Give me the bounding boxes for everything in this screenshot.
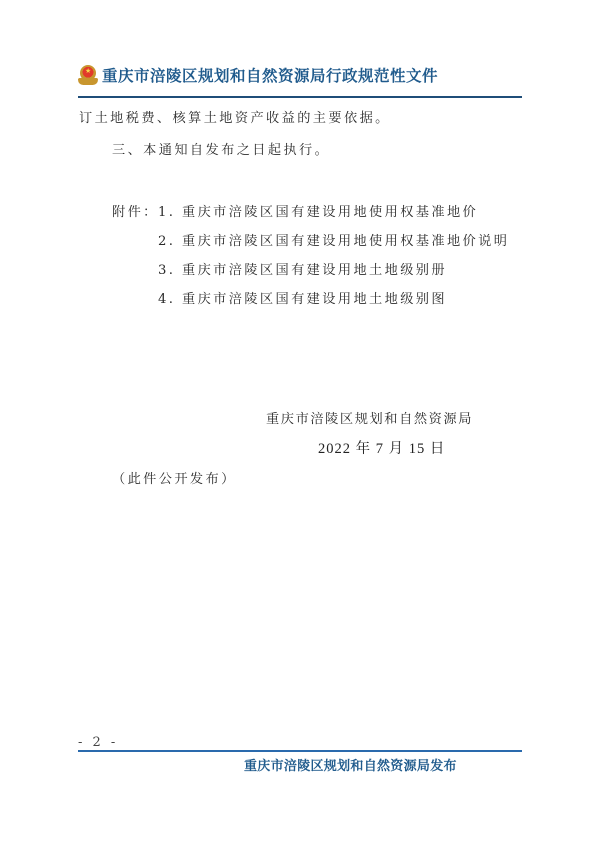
attachment-item: 4. 重庆市涪陵区国有建设用地土地级别图 — [158, 288, 447, 307]
attachments-label: 附件： — [112, 201, 159, 220]
attachment-number: 1. — [158, 205, 175, 220]
page-number: - 2 - — [78, 735, 118, 750]
national-emblem-icon: ★ — [78, 64, 98, 86]
issue-date: 2022 年 7 月 15 日 — [318, 437, 445, 458]
header-title: 重庆市涪陵区规划和自然资源局行政规范性文件 — [102, 64, 438, 86]
continuation-paragraph: 订土地税费、核算土地资产收益的主要依据。 — [79, 107, 391, 126]
attachment-title: 重庆市涪陵区国有建设用地使用权基准地价 — [182, 205, 478, 220]
document-header: ★ 重庆市涪陵区规划和自然资源局行政规范性文件 — [78, 64, 438, 86]
attachment-number: 4. — [158, 292, 175, 307]
attachment-item: 2. 重庆市涪陵区国有建设用地使用权基准地价说明 — [158, 230, 509, 249]
header-rule — [78, 96, 522, 98]
attachment-title: 重庆市涪陵区国有建设用地土地级别册 — [182, 263, 447, 278]
attachment-item: 3. 重庆市涪陵区国有建设用地土地级别册 — [158, 259, 447, 278]
signature-issuer: 重庆市涪陵区规划和自然资源局 — [266, 408, 473, 427]
footer-publisher: 重庆市涪陵区规划和自然资源局发布 — [244, 755, 457, 774]
attachment-number: 3. — [158, 263, 175, 278]
attachment-item: 1. 重庆市涪陵区国有建设用地使用权基准地价 — [158, 201, 478, 220]
attachment-title: 重庆市涪陵区国有建设用地土地级别图 — [182, 292, 447, 307]
clause-three: 三、本通知自发布之日起执行。 — [112, 139, 330, 158]
footer-rule — [78, 750, 522, 752]
publicity-note: （此件公开发布） — [112, 468, 237, 487]
attachment-number: 2. — [158, 234, 175, 249]
attachment-title: 重庆市涪陵区国有建设用地使用权基准地价说明 — [182, 234, 509, 249]
